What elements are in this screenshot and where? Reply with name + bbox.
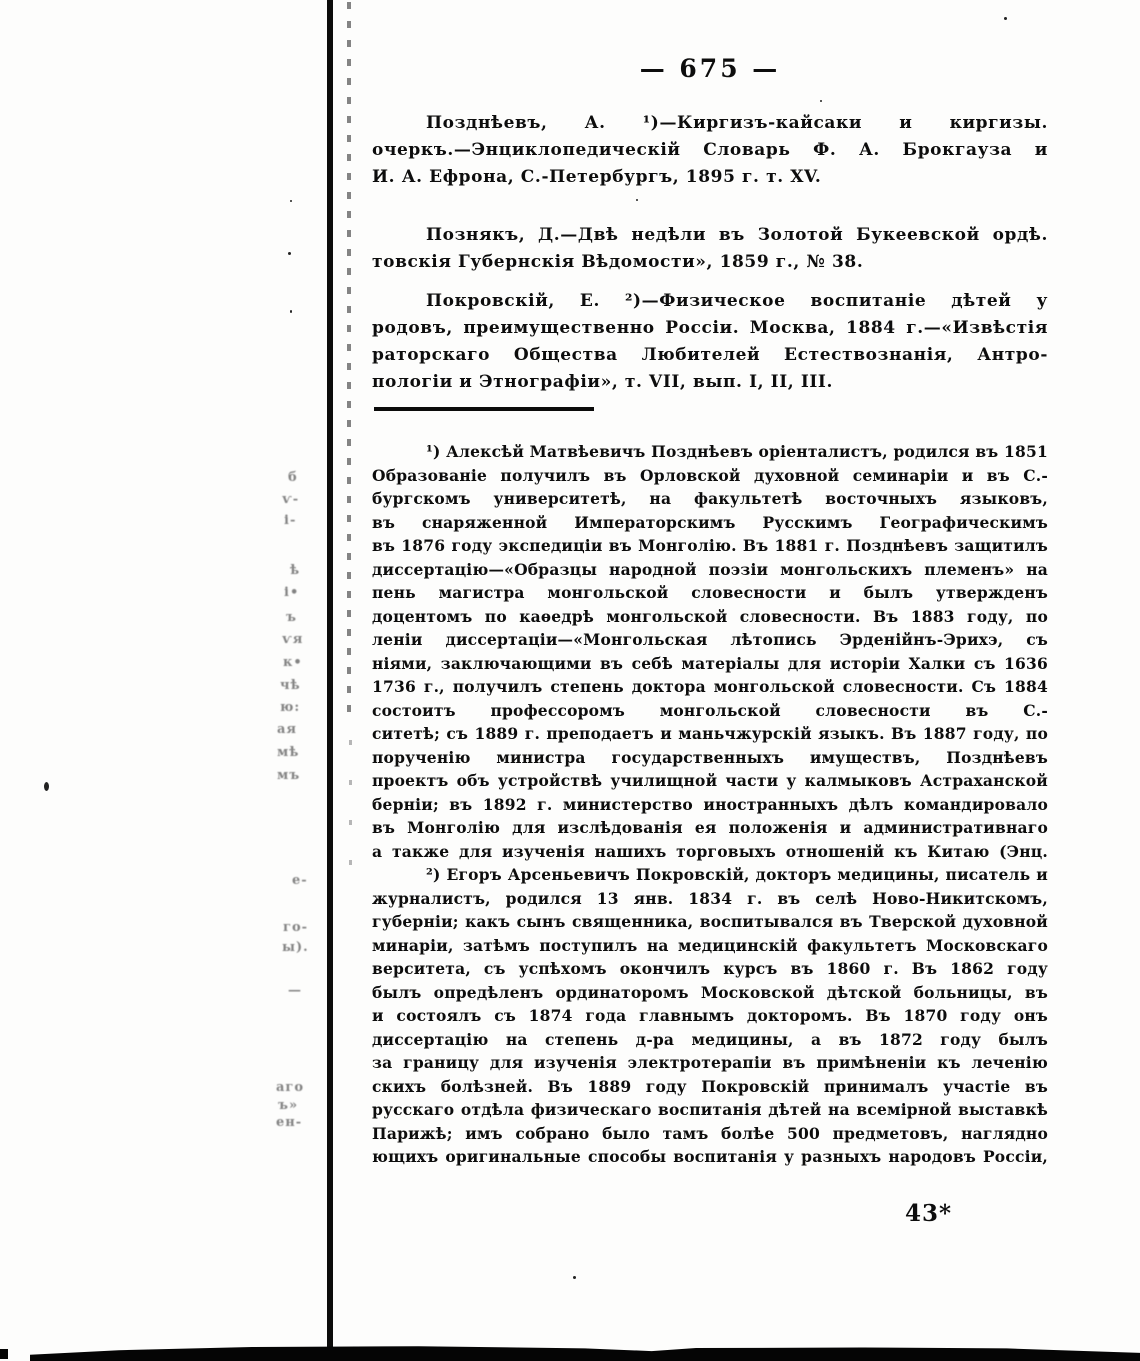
footnote-line: 1736 г., получилъ степень доктора монгол… bbox=[372, 675, 1048, 699]
footnote-line: диссертацію—«Образцы народной поэзіи мон… bbox=[372, 558, 1048, 582]
margin-bleed-fragment: і• bbox=[284, 585, 299, 600]
footnote-line: порученію министра государственныхъ имущ… bbox=[372, 746, 1048, 770]
footnote-line: журналистъ, родился 13 янв. 1834 г. въ с… bbox=[372, 887, 1048, 911]
footnote-line: ситетѣ; съ 1889 г. преподаетъ и маньчжур… bbox=[372, 722, 1048, 746]
footnote-line: за границу для изученія электротерапіи в… bbox=[372, 1051, 1048, 1075]
ink-speck bbox=[290, 310, 292, 313]
entry-line: Познякъ, Д.—Двѣ недѣли въ Золотой Букеев… bbox=[372, 222, 1048, 249]
margin-bleed-fragment: ая bbox=[277, 722, 297, 737]
footnote-line: доцентомъ по каѳедрѣ монгольской словесн… bbox=[372, 605, 1048, 629]
margin-bleed-fragment: ен- bbox=[276, 1115, 302, 1130]
entry-line: родовъ, преимущественно Россіи. Москва, … bbox=[372, 315, 1048, 342]
scanned-page: б ѵ- і- ѣ і• ъ ѵя к• чѣ ю: ая мѣ мъ е- г… bbox=[0, 0, 1140, 1361]
margin-bleed-fragment: мъ bbox=[277, 768, 300, 783]
footnote-line: въ 1876 году экспедиціи въ Монголію. Въ … bbox=[372, 534, 1048, 558]
footnote-line: пень магистра монгольской словесности и … bbox=[372, 581, 1048, 605]
footnote-line: диссертацію на степень д-ра медицины, а … bbox=[372, 1028, 1048, 1052]
entry-pozdneev: Позднѣевъ, А. ¹)—Киргизъ-кайсаки и кирги… bbox=[372, 110, 1048, 191]
footnote-line: проектъ объ устройствѣ училищной части у… bbox=[372, 769, 1048, 793]
entry-poznyak: Познякъ, Д.—Двѣ недѣли въ Золотой Букеев… bbox=[372, 222, 1048, 276]
entry-line: И. А. Ефрона, С.-Петербургъ, 1895 г. т. … bbox=[372, 164, 1048, 191]
page-number: — 675 — bbox=[372, 54, 1048, 83]
ink-speck bbox=[290, 200, 292, 202]
footnote-line: а также для изученія нашихъ торговыхъ от… bbox=[372, 840, 1048, 864]
entry-line: раторскаго Общества Любителей Естествозн… bbox=[372, 342, 1048, 369]
footnote-line: былъ опредѣленъ ординаторомъ Московской … bbox=[372, 981, 1048, 1005]
margin-bleed-fragment: чѣ bbox=[280, 678, 301, 693]
margin-bleed-fragment: — bbox=[288, 983, 302, 998]
margin-bleed-fragment: ъ» bbox=[278, 1098, 298, 1113]
margin-bleed-fragment: к• bbox=[283, 655, 303, 670]
footnote-line: берніи; въ 1892 г. министерство иностран… bbox=[372, 793, 1048, 817]
ink-speck bbox=[44, 782, 49, 791]
footnote-separator bbox=[374, 407, 594, 411]
footnote-line: и состоялъ съ 1874 года главнымъ докторо… bbox=[372, 1004, 1048, 1028]
footnote-2: ²) Егоръ Арсеньевичъ Покровскій, докторъ… bbox=[372, 863, 1048, 1169]
ink-speck bbox=[288, 252, 291, 255]
footnote-line: въ снаряженной Императорскимъ Русскимъ Г… bbox=[372, 511, 1048, 535]
footnote-line: леніи диссертаціи—«Монгольская лѣтопись … bbox=[372, 628, 1048, 652]
entry-line: Позднѣевъ, А. ¹)—Киргизъ-кайсаки и кирги… bbox=[372, 110, 1048, 137]
scan-bottom-edge-nub bbox=[0, 1349, 8, 1359]
entry-pokrovsky: Покровскій, Е. ²)—Физическое воспитаніе … bbox=[372, 288, 1048, 396]
footnote-line: ²) Егоръ Арсеньевичъ Покровскій, докторъ… bbox=[372, 863, 1048, 887]
entry-line: очеркъ.—Энциклопедическій Словарь Ф. А. … bbox=[372, 137, 1048, 164]
footnote-line: состоитъ профессоромъ монгольской словес… bbox=[372, 699, 1048, 723]
footnote-1: ¹) Алексѣй Матвѣевичъ Позднѣевъ оріентал… bbox=[372, 440, 1048, 863]
margin-bleed-fragment: б bbox=[288, 470, 298, 485]
footnote-line: верситета, съ успѣхомъ окончилъ курсъ въ… bbox=[372, 957, 1048, 981]
margin-bleed-fragment: ю: bbox=[280, 700, 300, 715]
footnote-line: скихъ болѣзней. Въ 1889 году Покровскій … bbox=[372, 1075, 1048, 1099]
margin-bleed-fragment: ѵя bbox=[282, 632, 303, 647]
footnote-line: Образованіе получилъ въ Орловской духовн… bbox=[372, 464, 1048, 488]
entry-line: Покровскій, Е. ²)—Физическое воспитаніе … bbox=[372, 288, 1048, 315]
entry-line: пологіи и Этнографіи», т. VII, вып. I, I… bbox=[372, 369, 1048, 396]
entry-line: товскія Губернскія Вѣдомости», 1859 г., … bbox=[372, 249, 1048, 276]
margin-bleed-fragment: аго bbox=[276, 1080, 304, 1095]
margin-bleed-fragment: го- bbox=[283, 920, 308, 935]
footnote-line: бургскомъ университетѣ, на факультетѣ во… bbox=[372, 487, 1048, 511]
margin-bleed-fragment: і- bbox=[284, 513, 296, 528]
footnote-line: въ Монголію для изслѣдованія ея положені… bbox=[372, 816, 1048, 840]
footnote-line: ющихъ оригинальные способы воспитанія у … bbox=[372, 1145, 1048, 1169]
text-column: — 675 — Позднѣевъ, А. ¹)—Киргизъ-кайсаки… bbox=[372, 0, 1048, 1361]
signature-mark: 43* bbox=[905, 1200, 952, 1227]
margin-bleed-fragment: ъ bbox=[286, 610, 297, 625]
footnote-line: ніями, заключающими въ себѣ матеріалы дл… bbox=[372, 652, 1048, 676]
binding-dashes-faint bbox=[349, 740, 352, 870]
margin-bleed-fragment: е- bbox=[292, 873, 308, 888]
binding-dashes bbox=[347, 2, 351, 714]
margin-bleed-fragment: мѣ bbox=[277, 745, 299, 760]
footnote-line: губерніи; какъ сынъ священника, воспитыв… bbox=[372, 910, 1048, 934]
binding-rule bbox=[327, 0, 333, 1347]
margin-bleed-fragment: ѣ bbox=[290, 563, 300, 578]
margin-bleed-fragment: ѵ- bbox=[282, 492, 299, 507]
footnote-line: русскаго отдѣла физическаго воспитанія д… bbox=[372, 1098, 1048, 1122]
footnote-line: минаріи, затѣмъ поступилъ на медицинскій… bbox=[372, 934, 1048, 958]
margin-bleed-fragment: ы). bbox=[282, 940, 309, 955]
footnote-line: ¹) Алексѣй Матвѣевичъ Позднѣевъ оріентал… bbox=[372, 440, 1048, 464]
footnote-line: Парижѣ; имъ собрано было тамъ болѣе 500 … bbox=[372, 1122, 1048, 1146]
